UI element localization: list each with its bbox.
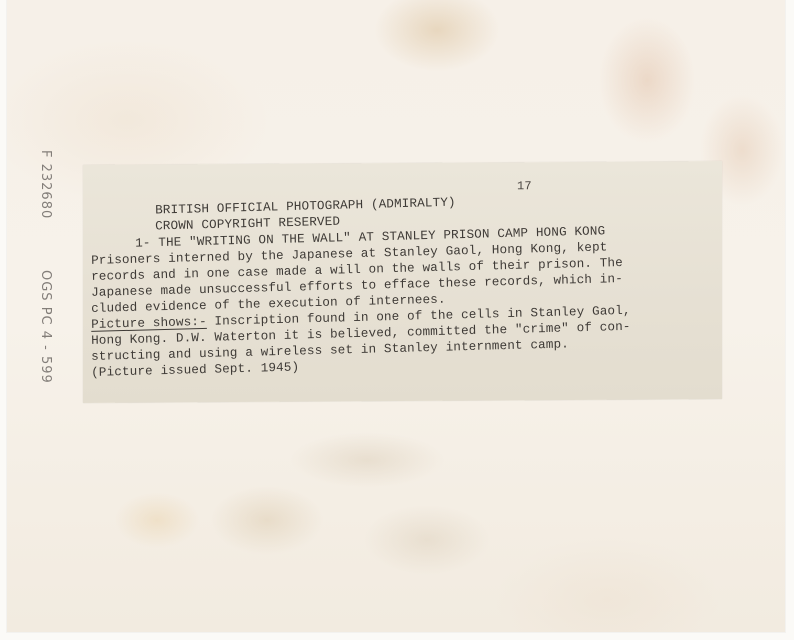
catalogue-reference-note: OGS PC 4 - 599 bbox=[38, 270, 53, 384]
caption-title-prefix: 1- bbox=[135, 236, 151, 250]
item-number: 17 bbox=[517, 178, 532, 194]
archive-reference-note: F 232680 bbox=[38, 150, 53, 219]
caption-label: 17 BRITISH OFFICIAL PHOTOGRAPH (ADMIRALT… bbox=[83, 161, 722, 403]
